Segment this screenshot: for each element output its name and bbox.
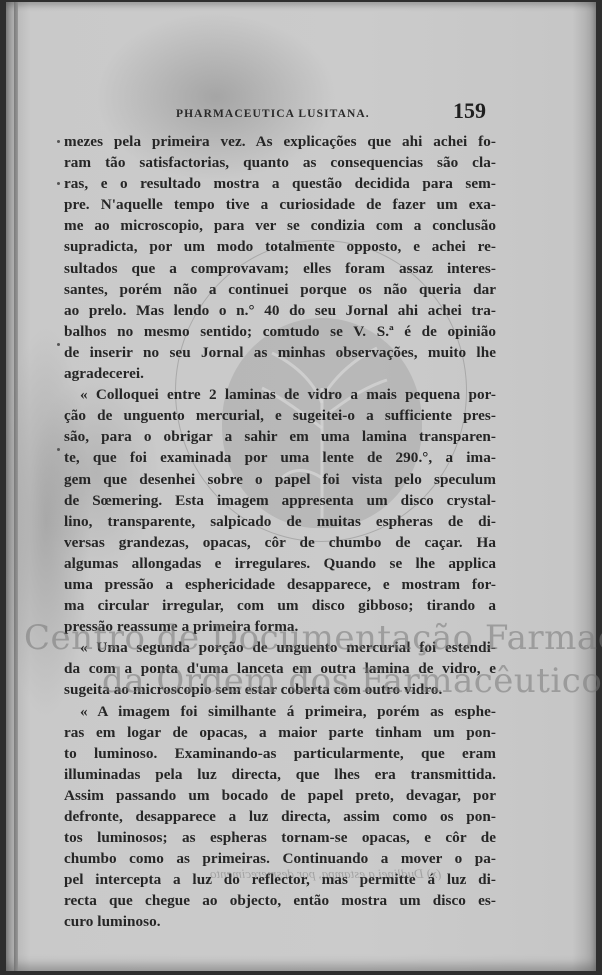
text-line: me ao microscopio, para ver se condizia … xyxy=(64,215,496,236)
watermark-line-1: Centro de Documentação Farmacêutica xyxy=(24,618,602,658)
text-line: pre. N'aquelle tempo tive a curiosidade … xyxy=(64,194,496,215)
text-line: sultados que a comprovavam; elles foram … xyxy=(64,258,496,279)
paragraph-start: « Colloquei entre 2 laminas de vidro a m… xyxy=(64,384,496,405)
text-line: mezes pela primeira vez. As explicações … xyxy=(64,131,496,152)
margin-dot xyxy=(57,140,60,143)
text-line: tos luminosos; as espheras tornam-se opa… xyxy=(64,827,496,848)
page-gutter xyxy=(14,2,18,971)
text-line: supradicta, por um modo totalmente oppos… xyxy=(64,236,496,257)
paragraph-start: « A imagem foi similhante á primeira, po… xyxy=(64,701,496,722)
page-number: 159 xyxy=(453,98,486,124)
margin-dot xyxy=(57,343,60,346)
text-line: versas grandezas, opacas, côr de chumbo … xyxy=(64,532,496,553)
text-line: de Sœmering. Esta imagem appresenta um d… xyxy=(64,490,496,511)
running-header: PHARMACEUTICA LUSITANA. 159 xyxy=(176,104,486,128)
text-line: recta que chegue ao objecto, então mostr… xyxy=(64,890,496,911)
bleed-through-text: (x) Dudlinei a estampa, por desmerecimen… xyxy=(210,866,441,882)
text-line: agradecerei. xyxy=(64,363,496,384)
text-line: gem que desenhei sobre o papel foi vista… xyxy=(64,469,496,490)
body-text: mezes pela primeira vez. As explicações … xyxy=(64,131,496,933)
text-line: são, para o obrigar a sahir em uma lamin… xyxy=(64,426,496,447)
text-line: uma pressão a esphericidade desapparece,… xyxy=(64,574,496,595)
text-line: ma circular irregular, com um disco gibb… xyxy=(64,595,496,616)
text-line: de inserir no seu Jornal as minhas obser… xyxy=(64,342,496,363)
watermark-line-2: da Ordem dos Farmacêuticos xyxy=(102,661,602,701)
text-line: ram tão satisfactorias, quanto as conseq… xyxy=(64,152,496,173)
text-line: curo luminoso. xyxy=(64,911,496,932)
margin-dot xyxy=(57,448,60,451)
text-line: balhos no mesmo sentido; comtudo se V. S… xyxy=(64,321,496,342)
running-title: PHARMACEUTICA LUSITANA. xyxy=(176,108,370,120)
text-line: ção de unguento mercurial, e sugeitei-o … xyxy=(64,405,496,426)
text-line: ras, e o resultado mostra a questão deci… xyxy=(64,173,496,194)
text-line: lino, transparente, salpicado de muitas … xyxy=(64,511,496,532)
text-line: Assim passando um bocado de papel preto,… xyxy=(64,785,496,806)
text-line: illuminadas pela luz directa, que lhes e… xyxy=(64,764,496,785)
text-line: algumas allongadas e irregulares. Quando… xyxy=(64,553,496,574)
text-line: to luminoso. Examinando-as particularmen… xyxy=(64,743,496,764)
text-line: te, que foi examinada por uma lente de 2… xyxy=(64,447,496,468)
text-line: ras em logar de opacas, a maior parte ti… xyxy=(64,722,496,743)
text-line: defronte, desapparece a luz directa, ass… xyxy=(64,806,496,827)
text-line: santes, porém não a continuei porque os … xyxy=(64,279,496,300)
text-line: ao prelo. Mas lendo o n.° 40 do seu Jorn… xyxy=(64,300,496,321)
margin-dot xyxy=(57,182,60,185)
